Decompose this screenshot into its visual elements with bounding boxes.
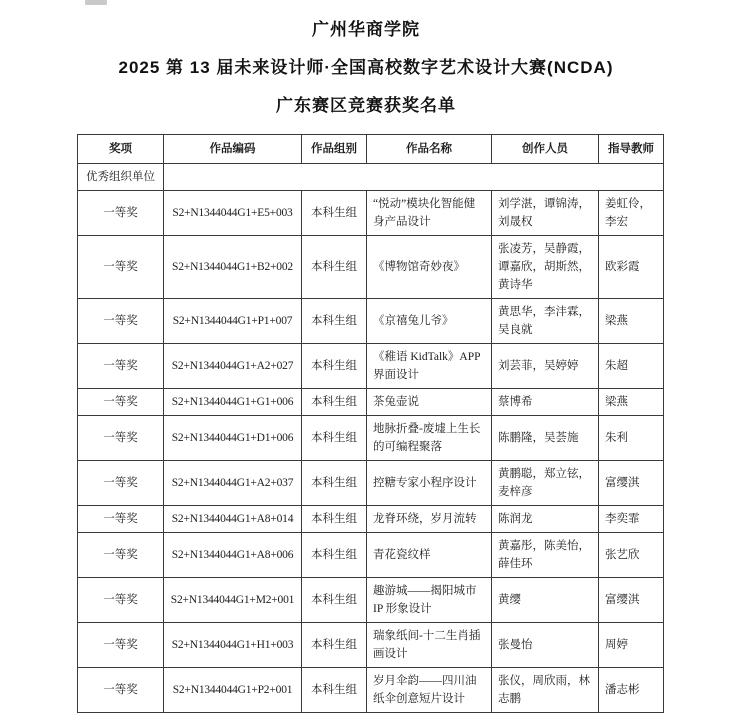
cell-code: S2+N1344044G1+G1+006: [164, 389, 302, 416]
page-title-competition: 2025 第 13 届未来设计师·全国高校数字艺术设计大赛(NCDA): [0, 58, 732, 78]
table-row: 一等奖 S2+N1344044G1+P2+001 本科生组 岁月伞韵——四川油纸…: [78, 668, 664, 713]
cell-group: 本科生组: [302, 578, 367, 623]
cell-group: 本科生组: [302, 389, 367, 416]
cell-code: S2+N1344044G1+E5+003: [164, 191, 302, 236]
cell-code: S2+N1344044G1+B2+002: [164, 236, 302, 299]
cell-teachers: 富缨淇: [599, 578, 664, 623]
header-cell-group: 作品组别: [302, 135, 367, 164]
section-label: 优秀组织单位: [78, 164, 164, 191]
cell-award: 一等奖: [78, 506, 164, 533]
cell-creators: 黄嘉彤，陈美怡，薛佳环: [492, 533, 599, 578]
cell-creators: 黄缨: [492, 578, 599, 623]
cell-award: 一等奖: [78, 344, 164, 389]
cell-code: S2+N1344044G1+A2+037: [164, 461, 302, 506]
cell-creators: 张曼怡: [492, 623, 599, 668]
cell-code: S2+N1344044G1+A8+014: [164, 506, 302, 533]
table-row: 一等奖 S2+N1344044G1+M2+001 本科生组 趣游城——揭阳城市 …: [78, 578, 664, 623]
cell-teachers: 周婷: [599, 623, 664, 668]
cell-code: S2+N1344044G1+D1+006: [164, 416, 302, 461]
table-header-row: 奖项 作品编码 作品组别 作品名称 创作人员 指导教师: [78, 135, 664, 164]
cell-group: 本科生组: [302, 344, 367, 389]
cell-teachers: 朱超: [599, 344, 664, 389]
cell-group: 本科生组: [302, 506, 367, 533]
table-row: 一等奖 S2+N1344044G1+B2+002 本科生组 《博物馆奇妙夜》 张…: [78, 236, 664, 299]
cell-work: 趣游城——揭阳城市 IP 形象设计: [367, 578, 492, 623]
cell-work: 瑞象纸间-十二生肖插画设计: [367, 623, 492, 668]
cell-group: 本科生组: [302, 461, 367, 506]
cell-award: 一等奖: [78, 416, 164, 461]
cell-creators: 陈润龙: [492, 506, 599, 533]
table-row: 一等奖 S2+N1344044G1+A8+014 本科生组 龙脊环绕，岁月流转 …: [78, 506, 664, 533]
cell-group: 本科生组: [302, 191, 367, 236]
cell-award: 一等奖: [78, 668, 164, 713]
cell-work: 《博物馆奇妙夜》: [367, 236, 492, 299]
header-cell-teachers: 指导教师: [599, 135, 664, 164]
cell-work: 《京禧兔儿爷》: [367, 299, 492, 344]
header-cell-award: 奖项: [78, 135, 164, 164]
cell-teachers: 欧彩霞: [599, 236, 664, 299]
cell-award: 一等奖: [78, 236, 164, 299]
cell-teachers: 梁燕: [599, 389, 664, 416]
cell-creators: 黄思华，李沣霖，吴良就: [492, 299, 599, 344]
cell-creators: 刘芸菲，吴婷婷: [492, 344, 599, 389]
page-title-list-name: 广东赛区竞赛获奖名单: [0, 96, 732, 116]
cell-work: 青花瓷纹样: [367, 533, 492, 578]
cell-teachers: 姜虹伶，李宏: [599, 191, 664, 236]
table-row: 一等奖 S2+N1344044G1+D1+006 本科生组 地脉折叠-废墟上生长…: [78, 416, 664, 461]
cell-work: “悦动”模块化智能健身产品设计: [367, 191, 492, 236]
table-row: 一等奖 S2+N1344044G1+E5+003 本科生组 “悦动”模块化智能健…: [78, 191, 664, 236]
cell-work: 《稚语 KidTalk》APP 界面设计: [367, 344, 492, 389]
table-row: 一等奖 S2+N1344044G1+H1+003 本科生组 瑞象纸间-十二生肖插…: [78, 623, 664, 668]
table-row: 一等奖 S2+N1344044G1+P1+007 本科生组 《京禧兔儿爷》 黄思…: [78, 299, 664, 344]
table-row: 一等奖 S2+N1344044G1+A2+027 本科生组 《稚语 KidTal…: [78, 344, 664, 389]
table-row: 一等奖 S2+N1344044G1+G1+006 本科生组 茶兔壶说 蔡博希 梁…: [78, 389, 664, 416]
cell-creators: 张凌芳，吴静霞，谭嘉欣，胡斯然，黄诗华: [492, 236, 599, 299]
table-row: 一等奖 S2+N1344044G1+A2+037 本科生组 控糖专家小程序设计 …: [78, 461, 664, 506]
table-row: 一等奖 S2+N1344044G1+A8+006 本科生组 青花瓷纹样 黄嘉彤，…: [78, 533, 664, 578]
header-cell-work: 作品名称: [367, 135, 492, 164]
cropped-page-mark: [85, 0, 107, 5]
awards-table: 奖项 作品编码 作品组别 作品名称 创作人员 指导教师 优秀组织单位 一等奖 S…: [77, 134, 664, 713]
cell-teachers: 李奕霏: [599, 506, 664, 533]
cell-teachers: 梁燕: [599, 299, 664, 344]
cell-award: 一等奖: [78, 578, 164, 623]
cell-group: 本科生组: [302, 299, 367, 344]
cell-award: 一等奖: [78, 389, 164, 416]
cell-code: S2+N1344044G1+A8+006: [164, 533, 302, 578]
cell-teachers: 富缨淇: [599, 461, 664, 506]
header-cell-code: 作品编码: [164, 135, 302, 164]
cell-award: 一等奖: [78, 533, 164, 578]
cell-code: S2+N1344044G1+H1+003: [164, 623, 302, 668]
cell-creators: 张仪，周欣雨，林志鹏: [492, 668, 599, 713]
cell-work: 龙脊环绕，岁月流转: [367, 506, 492, 533]
cell-award: 一等奖: [78, 299, 164, 344]
page-title-school: 广州华商学院: [0, 20, 732, 40]
cell-award: 一等奖: [78, 461, 164, 506]
cell-award: 一等奖: [78, 623, 164, 668]
cell-teachers: 朱利: [599, 416, 664, 461]
cell-work: 岁月伞韵——四川油纸伞创意短片设计: [367, 668, 492, 713]
cell-creators: 黄鹏聪，郑立铉，麦梓彦: [492, 461, 599, 506]
section-row: 优秀组织单位: [78, 164, 664, 191]
cell-creators: 刘学湛，谭锦涛，刘晟权: [492, 191, 599, 236]
cell-code: S2+N1344044G1+A2+027: [164, 344, 302, 389]
cell-creators: 陈鹏隆，吴荟施: [492, 416, 599, 461]
section-empty-cell: [164, 164, 664, 191]
document-title-block: 广州华商学院 2025 第 13 届未来设计师·全国高校数字艺术设计大赛(NCD…: [0, 0, 732, 116]
cell-code: S2+N1344044G1+M2+001: [164, 578, 302, 623]
cell-group: 本科生组: [302, 416, 367, 461]
cell-group: 本科生组: [302, 533, 367, 578]
cell-work: 地脉折叠-废墟上生长的可编程聚落: [367, 416, 492, 461]
cell-group: 本科生组: [302, 236, 367, 299]
cell-code: S2+N1344044G1+P2+001: [164, 668, 302, 713]
cell-code: S2+N1344044G1+P1+007: [164, 299, 302, 344]
header-cell-creators: 创作人员: [492, 135, 599, 164]
cell-work: 茶兔壶说: [367, 389, 492, 416]
cell-teachers: 张艺欣: [599, 533, 664, 578]
cell-award: 一等奖: [78, 191, 164, 236]
cell-teachers: 潘志彬: [599, 668, 664, 713]
cell-work: 控糖专家小程序设计: [367, 461, 492, 506]
cell-group: 本科生组: [302, 623, 367, 668]
cell-creators: 蔡博希: [492, 389, 599, 416]
cell-group: 本科生组: [302, 668, 367, 713]
